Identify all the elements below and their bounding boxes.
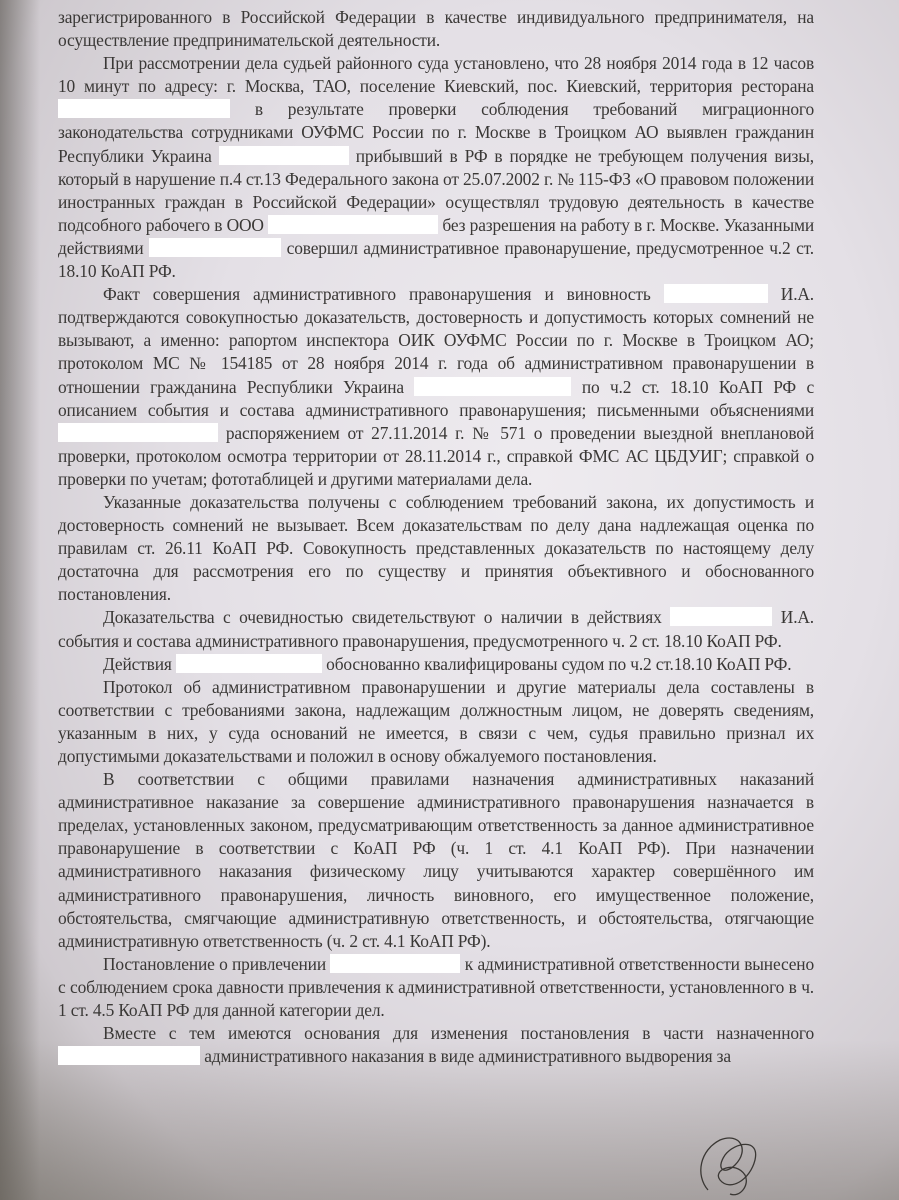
paragraph-general-rules: В соответствии с общими правилами назнач… [58, 768, 814, 953]
text: Факт совершения административного правон… [103, 284, 651, 304]
paragraph-admissibility: Указанные доказательства получены с собл… [58, 491, 814, 606]
text: Вместе с тем имеются основания для измен… [103, 1023, 814, 1043]
redaction-citizen [58, 1046, 200, 1065]
redaction-citizen [330, 954, 460, 973]
page-edge-shadow [0, 0, 40, 1200]
paragraph-modification: Вместе с тем имеются основания для измен… [58, 1022, 814, 1068]
text: В соответствии с общими правилами назнач… [58, 769, 814, 951]
paragraph-qualification: Действия обоснованно квалифицированы суд… [58, 653, 814, 676]
paragraph-circumstances: При рассмотрении дела судьей районного с… [58, 52, 814, 283]
paragraph-limitation: Постановление о привлечении к администра… [58, 953, 814, 1022]
redaction-restaurant [58, 99, 230, 118]
document-page: зарегистрированного в Российской Федерац… [58, 6, 814, 1068]
text: Протокол об административном правонаруше… [58, 677, 814, 766]
redaction-citizen [670, 607, 772, 626]
paragraph-continuation: зарегистрированного в Российской Федерац… [58, 6, 814, 52]
text: Доказательства с очевидностью свидетельс… [103, 607, 662, 627]
redaction-citizen [219, 146, 349, 165]
text: Указанные доказательства получены с собл… [58, 492, 814, 604]
text: Постановление о привлечении [103, 954, 326, 974]
text: зарегистрированного в Российской Федерац… [58, 7, 814, 50]
paragraph-evidence: Факт совершения административного правон… [58, 283, 814, 491]
redaction-citizen [58, 423, 218, 442]
paragraph-evidence-conclusion: Доказательства с очевидностью свидетельс… [58, 606, 814, 652]
handwritten-signature-icon [690, 1130, 770, 1200]
text: При рассмотрении дела судьей районного с… [58, 53, 814, 96]
paragraph-protocol: Протокол об административном правонаруше… [58, 676, 814, 768]
redaction-company [268, 215, 438, 234]
redaction-citizen [176, 654, 322, 673]
text: административного наказания в виде админ… [204, 1046, 731, 1066]
redaction-citizen [664, 284, 768, 303]
redaction-citizen [149, 238, 281, 257]
text: Действия [103, 654, 172, 674]
redaction-citizen [414, 377, 571, 396]
text: обоснованно квалифицированы судом по ч.2… [326, 654, 791, 674]
